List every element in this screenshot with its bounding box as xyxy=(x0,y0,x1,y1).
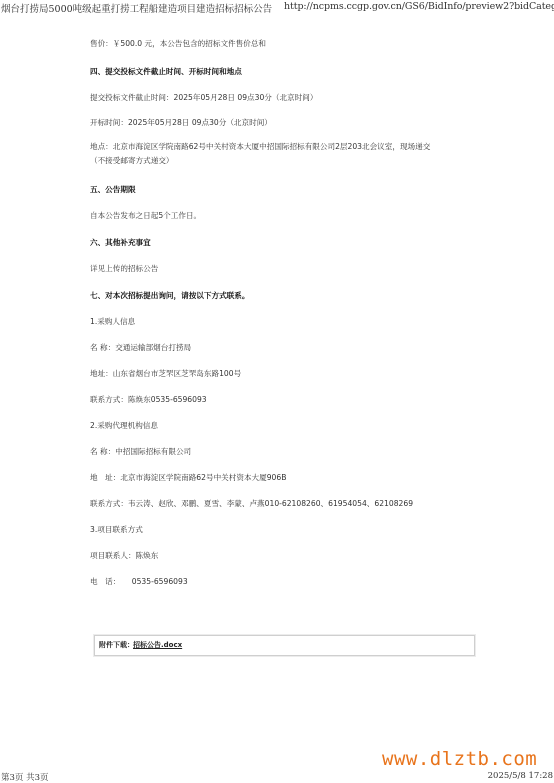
attachment-file-link[interactable]: 招标公告.docx xyxy=(133,640,182,650)
project-contact-title: 3.项目联系方式 xyxy=(90,524,143,536)
section-4-heading: 四、提交投标文件截止时间、开标时间和地点 xyxy=(90,66,242,78)
project-contact-phone: 电 话： 0535-6596093 xyxy=(90,576,188,588)
opening-location: 地点：北京市海淀区学院南路62号中关村资本大厦中招国际招标有限公司2层203北会… xyxy=(90,140,445,168)
attachment-label: 附件下载： xyxy=(99,640,134,650)
submission-deadline: 提交投标文件截止时间：2025年05月28日 09点30分（北京时间） xyxy=(90,92,317,104)
agency-title: 2.采购代理机构信息 xyxy=(90,420,158,432)
purchaser-title: 1.采购人信息 xyxy=(90,316,135,328)
project-contact-person: 项目联系人：陈焕东 xyxy=(90,550,158,562)
print-datetime: 2025/5/8 17:28 xyxy=(488,771,553,781)
attachment-download-box: 附件下载： 招标公告.docx xyxy=(94,635,475,656)
document-title: 烟台打捞局5000吨级起重打捞工程船建造项目建造招标招标公告 xyxy=(1,1,272,15)
agency-address: 地 址：北京市海淀区学院南路62号中关村资本大厦906B xyxy=(90,472,286,484)
announcement-period: 自本公告发布之日起5个工作日。 xyxy=(90,210,201,222)
section-6-heading: 六、其他补充事宜 xyxy=(90,237,151,249)
other-matters: 详见上传的招标公告 xyxy=(90,263,158,275)
purchaser-address: 地址：山东省烟台市芝罘区芝罘岛东路100号 xyxy=(90,368,241,380)
purchaser-contact: 联系方式：陈焕东0535-6596093 xyxy=(90,394,207,406)
print-header: 烟台打捞局5000吨级起重打捞工程船建造项目建造招标招标公告 http://nc… xyxy=(0,0,554,14)
watermark: www.dlztb.com xyxy=(382,748,537,770)
page-number: 第3页 共3页 xyxy=(1,771,49,783)
agency-name: 名 称：中招国际招标有限公司 xyxy=(90,446,191,458)
section-7-heading: 七、对本次招标提出询问，请按以下方式联系。 xyxy=(90,290,249,302)
page-url: http://ncpms.ccgp.gov.cn/GS6/BidInfo/pre… xyxy=(284,1,554,12)
opening-time: 开标时间：2025年05月28日 09点30分（北京时间） xyxy=(90,117,272,129)
section-5-heading: 五、公告期限 xyxy=(90,184,136,196)
purchaser-name: 名 称：交通运输部烟台打捞局 xyxy=(90,342,191,354)
price-line: 售价：￥500.0 元，本公告包含的招标文件售价总和 xyxy=(90,38,266,50)
agency-contact: 联系方式：韦云涛、赵欣、邓鹏、夏雪、李蒙、卢燕010-62108260、6195… xyxy=(90,498,413,510)
